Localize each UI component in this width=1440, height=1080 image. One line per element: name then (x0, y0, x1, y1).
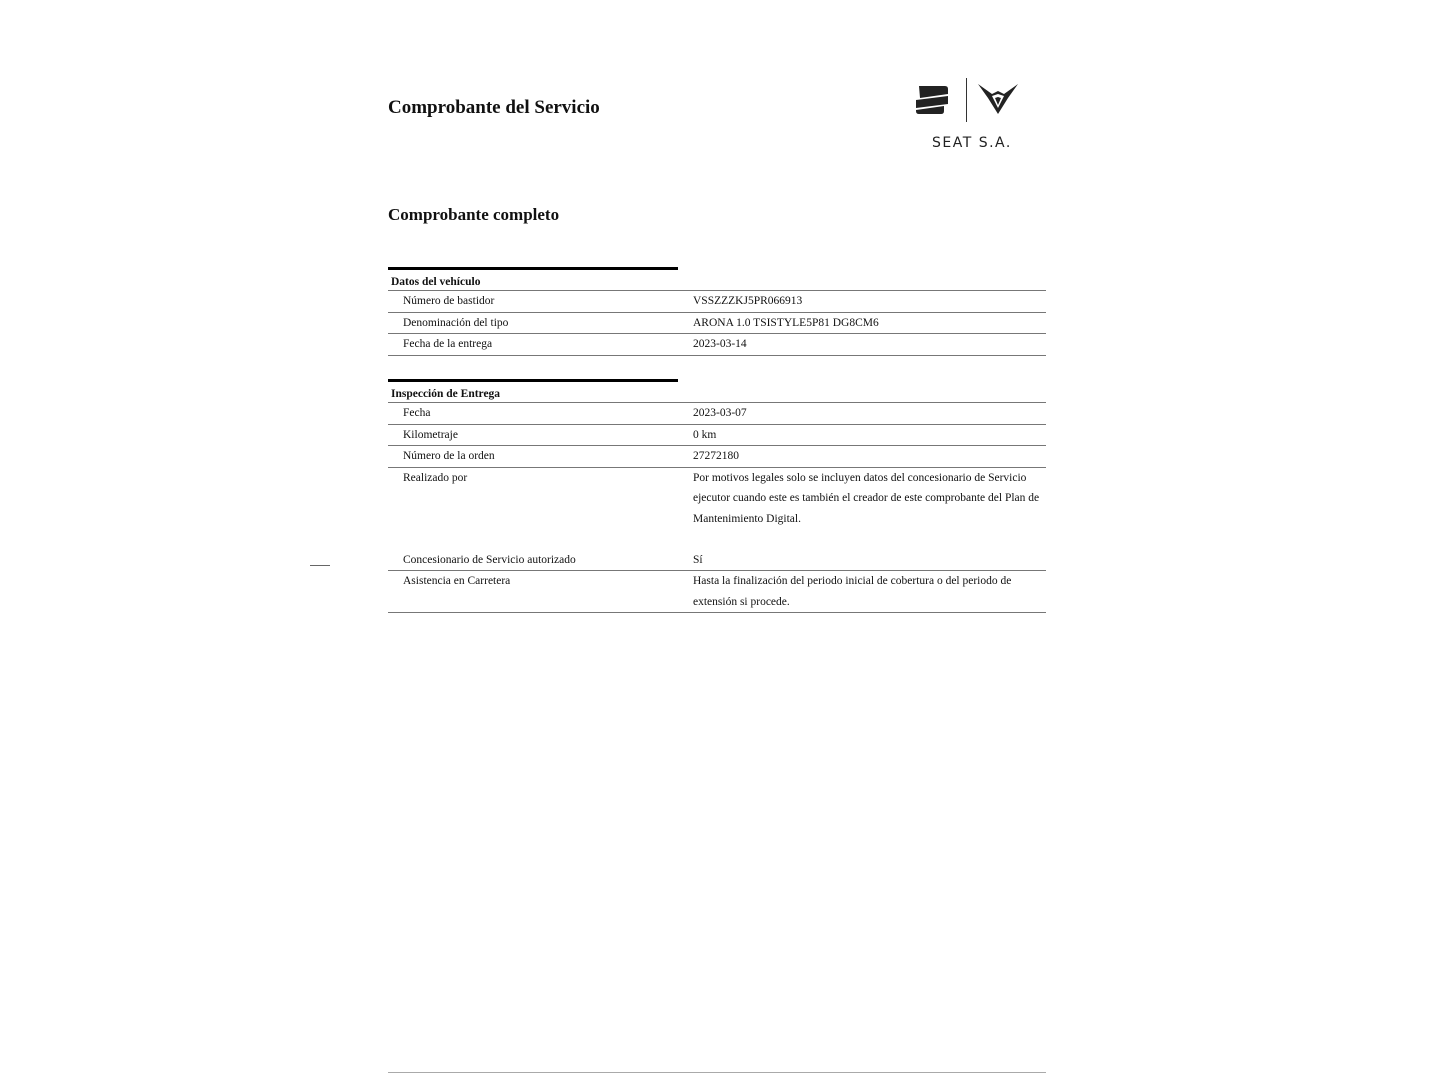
row-label: Fecha (388, 403, 678, 424)
table-row: Concesionario de Servicio autorizado Sí (388, 550, 1046, 572)
row-label: Número de la orden (388, 446, 678, 467)
section-heading: Comprobante completo (388, 205, 559, 225)
table-row: Asistencia en Carretera Hasta la finaliz… (388, 571, 1046, 613)
inspection-title: Inspección de Entrega (388, 382, 1046, 403)
row-value: Por motivos legales solo se incluyen dat… (678, 468, 1046, 530)
table-row: Denominación del tipo ARONA 1.0 TSISTYLE… (388, 313, 1046, 335)
logo-text: SEAT S.A. (932, 135, 1012, 151)
vehicle-data-title: Datos del vehículo (388, 270, 1046, 291)
table-row: Número de bastidor VSSZZZKJ5PR066913 (388, 291, 1046, 313)
row-value: ARONA 1.0 TSISTYLE5P81 DG8CM6 (678, 313, 1046, 334)
table-row: Fecha 2023-03-07 (388, 403, 1046, 425)
row-label: Denominación del tipo (388, 313, 678, 334)
row-value: 27272180 (678, 446, 1046, 467)
table-row: Realizado por Por motivos legales solo s… (388, 468, 1046, 530)
row-value: 2023-03-14 (678, 334, 1046, 355)
row-value: 2023-03-07 (678, 403, 1046, 424)
margin-mark (310, 565, 330, 566)
table-row: Kilometraje 0 km (388, 425, 1046, 447)
row-value: Hasta la finalización del periodo inicia… (678, 571, 1046, 612)
table-row: Fecha de la entrega 2023-03-14 (388, 334, 1046, 356)
row-label: Kilometraje (388, 425, 678, 446)
row-label: Concesionario de Servicio autorizado (388, 550, 678, 571)
page-title: Comprobante del Servicio (388, 97, 600, 119)
seat-logo-icon (916, 86, 948, 114)
row-spacer (388, 529, 1046, 550)
footer-rule (388, 1072, 1046, 1073)
row-value: Sí (678, 550, 1046, 571)
table-row: Número de la orden 27272180 (388, 446, 1046, 468)
row-value: VSSZZZKJ5PR066913 (678, 291, 1046, 312)
row-label: Asistencia en Carretera (388, 571, 678, 612)
brand-logo: SEAT S.A. (914, 76, 1024, 156)
row-value: 0 km (678, 425, 1046, 446)
row-label: Realizado por (388, 468, 678, 530)
row-label: Fecha de la entrega (388, 334, 678, 355)
cupra-logo-icon (978, 82, 1018, 116)
inspection-table: Inspección de Entrega Fecha 2023-03-07 K… (388, 379, 1046, 613)
logo-divider (966, 78, 967, 122)
row-label: Número de bastidor (388, 291, 678, 312)
vehicle-data-table: Datos del vehículo Número de bastidor VS… (388, 267, 1046, 356)
